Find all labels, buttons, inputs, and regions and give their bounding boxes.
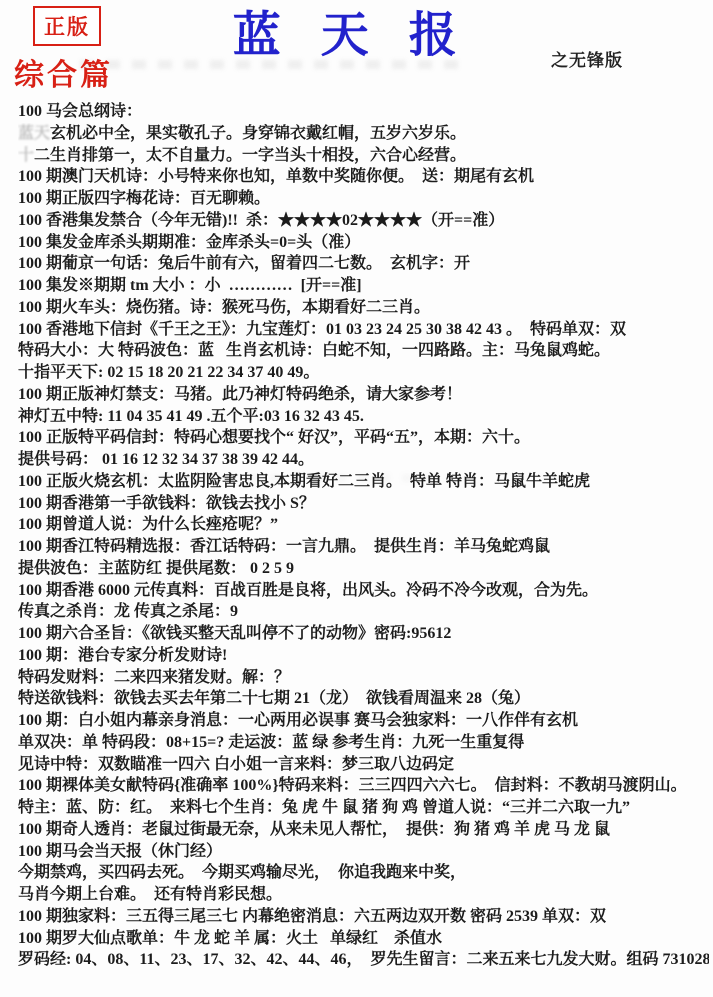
report-line: 100 期奇人透肖：老鼠过街最无奈，从来未见人帮忙， 提供：狗 猪 鸡 羊 虎 …: [18, 819, 709, 841]
report-line: 100 期正版神灯禁支：马猪。此乃神灯特码绝杀，请大家参考！: [18, 384, 709, 406]
section-title: 综合篇: [14, 50, 113, 94]
report-line: 十二生肖排第一，太不自量力。一字当头十相投，六合心经营。: [18, 145, 709, 167]
scanned-report-page: 正版 蓝 天 报 之无锋版 综合篇 100 马会总纲诗：蓝天玄机必中全，果实敬孔…: [0, 0, 713, 997]
report-line: 100 香港地下信封《千王之王》：九宝莲灯：01 03 23 24 25 30 …: [18, 319, 709, 341]
scan-smudge: [80, 60, 470, 69]
authentic-stamp: 正版: [33, 6, 101, 46]
report-line: 100 期裸体美女献特码{准确率 100%}特码来料：三三四四六六七。 信封料：…: [18, 775, 709, 797]
report-line: 100 期曾道人说：为什么长痤疮呢？”: [18, 514, 709, 536]
report-line: 100 期马会当天报（休门经）: [18, 841, 709, 863]
report-line: 神灯五中特: 11 04 35 41 49 .五个平:03 16 32 43 4…: [18, 406, 709, 428]
report-line: 100 集发※期期 tm 大小 ：小 ………… [开==准]: [18, 275, 709, 297]
report-line: 特码大小：大 特码波色：蓝 生肖玄机诗：白蛇不知，一四路路。主：马兔鼠鸡蛇。: [18, 340, 709, 362]
report-body: 100 马会总纲诗：蓝天玄机必中全，果实敬孔子。身穿锦衣戴红帽，五岁六岁乐。十二…: [18, 101, 709, 971]
report-line: 100 集发金库杀头期期准：金库杀头=0=头（准）: [18, 232, 709, 254]
report-line: 100 期：白小姐内幕亲身消息：一心两用必误事 赛马会独家料：一八作伴有玄机: [18, 710, 709, 732]
report-line: 今期禁鸡，买四码去死。 今期买鸡输尽光， 你追我跑来中奖，: [18, 862, 709, 884]
report-line: 特主：蓝、防：红。 来料七个生肖：兔 虎 牛 鼠 猪 狗 鸡 曾道人说：“三并二…: [18, 797, 709, 819]
report-line: 100 期独家料：三五得三尾三七 内幕绝密消息：六五两边双开数 密码 2539 …: [18, 906, 709, 928]
report-line: 见诗中特：双数瞄准一四六 白小姐一言来料：梦三取八边码定: [18, 754, 709, 776]
page-title: 蓝 天 报: [233, 0, 471, 65]
edition-label: 之无锋版: [551, 46, 623, 71]
report-line: 马肖今期上台难。 还有特肖彩民想。: [18, 884, 709, 906]
report-line: 提供号码： 01 16 12 32 34 37 38 39 42 44。: [18, 449, 709, 471]
report-line: 100 期澳门天机诗：小号特来你也知，单数中奖随你便。 送：期尾有玄机: [18, 166, 709, 188]
report-line: 100 期香港第一手欲钱料：欲钱去找小 S？: [18, 493, 709, 515]
report-line: 单双决：单 特码段：08+15=? 走运波：蓝 绿 参考生肖：九死一生重复得: [18, 732, 709, 754]
report-line: 100 期六合圣旨：《欲钱买整天乱叫停不了的动物》密码:95612: [18, 623, 709, 645]
authentic-stamp-label: 正版: [44, 15, 90, 39]
report-line: 100 期香江特码精选报：香江话特码：一言九鼎。 提供生肖：羊马兔蛇鸡鼠: [18, 536, 709, 558]
report-line: 100 正版火烧玄机：太监阴险害忠良,本期看好二三肖。 特单 特肖：马鼠牛羊蛇虎: [18, 471, 709, 493]
report-line: 特码发财料：二来四来猪发财。解：？: [18, 667, 709, 689]
report-line: 100 香港集发禁合（今年无错)!! 杀：★★★★02★★★★（开==准）: [18, 210, 709, 232]
report-line: 100 正版特平码信封：特码心想要找个“ 好汉”，平码“五”，本期：六十。: [18, 427, 709, 449]
report-line: 100 马会总纲诗：: [18, 101, 709, 123]
report-line: 罗码经: 04、08、11、23、17、32、42、44、46， 罗先生留言：二…: [18, 949, 709, 971]
report-line: 100 期正版四字梅花诗：百无聊赖。: [18, 188, 709, 210]
report-line: 蓝天玄机必中全，果实敬孔子。身穿锦衣戴红帽，五岁六岁乐。: [18, 123, 709, 145]
report-line: 十指平天下: 02 15 18 20 21 22 34 37 40 49。: [18, 362, 709, 384]
report-line: 100 期葡京一句话：兔后牛前有六，留着四二七数。 玄机字：开: [18, 253, 709, 275]
report-line: 100 期：港台专家分析发财诗!: [18, 645, 709, 667]
report-line: 100 期香港 6000 元传真料：百战百胜是良将，出风头。冷码不冷今改观，合为…: [18, 580, 709, 602]
report-line: 100 期罗大仙点歌单：牛 龙 蛇 羊 属：火土 单绿红 杀值水: [18, 928, 709, 950]
report-line: 100 期火车头：烧伤猪。诗：猴死马伤，本期看好二三肖。: [18, 297, 709, 319]
report-line: 特送欲钱料：欲钱去买去年第二十七期 21（龙） 欲钱看周温来 28（兔）: [18, 688, 709, 710]
report-line: 传真之杀肖：龙 传真之杀尾：9: [18, 601, 709, 623]
report-line: 提供波色：主蓝防红 提供尾数： 0 2 5 9: [18, 558, 709, 580]
